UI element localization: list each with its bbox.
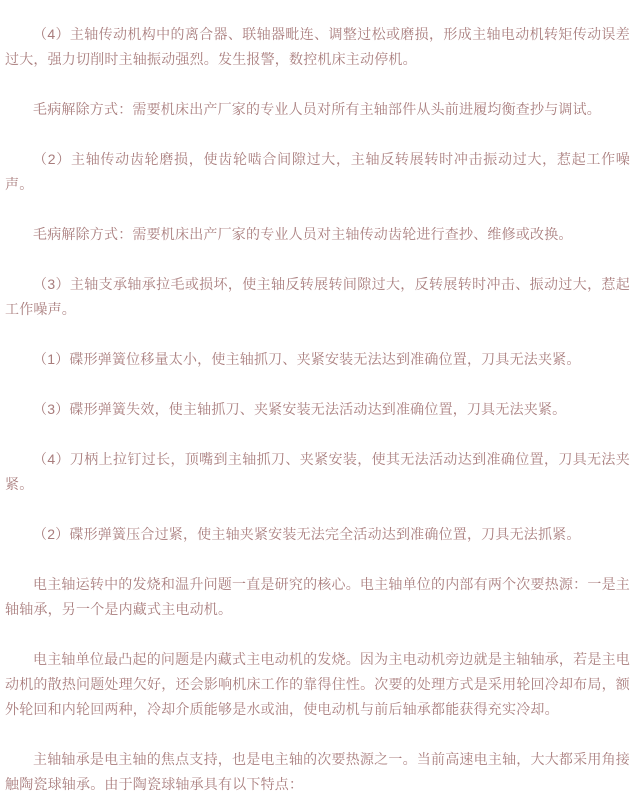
paragraph: （2）碟形弹簧压合过紧，使主轴夹紧安装无法完全活动达到准确位置，刀具无法抓紧。 <box>5 522 630 547</box>
paragraph: 毛病解除方式：需要机床出产厂家的专业人员对所有主轴部件从头前进履均衡查抄与调试。 <box>5 97 630 122</box>
paragraph: 主轴轴承是电主轴的焦点支持，也是电主轴的次要热源之一。当前高速电主轴，大大都采用… <box>5 747 630 795</box>
paragraph: （1）碟形弹簧位移量太小，使主轴抓刀、夹紧安装无法达到准确位置，刀具无法夹紧。 <box>5 347 630 372</box>
paragraph: （4）主轴传动机构中的离合器、联轴器毗连、调整过松或磨损，形成主轴电动机转矩传动… <box>5 22 630 72</box>
paragraph: 电主轴单位最凸起的问题是内藏式主电动机的发烧。因为主电动机旁边就是主轴轴承，若是… <box>5 647 630 722</box>
paragraph: （3）主轴支承轴承拉毛或损坏，使主轴反转展转间隙过大，反转展转时冲击、振动过大，… <box>5 272 630 322</box>
paragraph: 电主轴运转中的发烧和温升问题一直是研究的核心。电主轴单位的内部有两个次要热源：一… <box>5 572 630 622</box>
paragraph: （3）碟形弹簧失效，使主轴抓刀、夹紧安装无法活动达到准确位置，刀具无法夹紧。 <box>5 397 630 422</box>
paragraph: 毛病解除方式：需要机床出产厂家的专业人员对主轴传动齿轮进行查抄、维修或改换。 <box>5 222 630 247</box>
article-body: （4）主轴传动机构中的离合器、联轴器毗连、调整过松或磨损，形成主轴电动机转矩传动… <box>0 0 636 795</box>
paragraph: （4）刀柄上拉钉过长，顶嘴到主轴抓刀、夹紧安装，使其无法活动达到准确位置，刀具无… <box>5 447 630 497</box>
paragraph: （2）主轴传动齿轮磨损，使齿轮啮合间隙过大，主轴反转展转时冲击振动过大，惹起工作… <box>5 147 630 197</box>
